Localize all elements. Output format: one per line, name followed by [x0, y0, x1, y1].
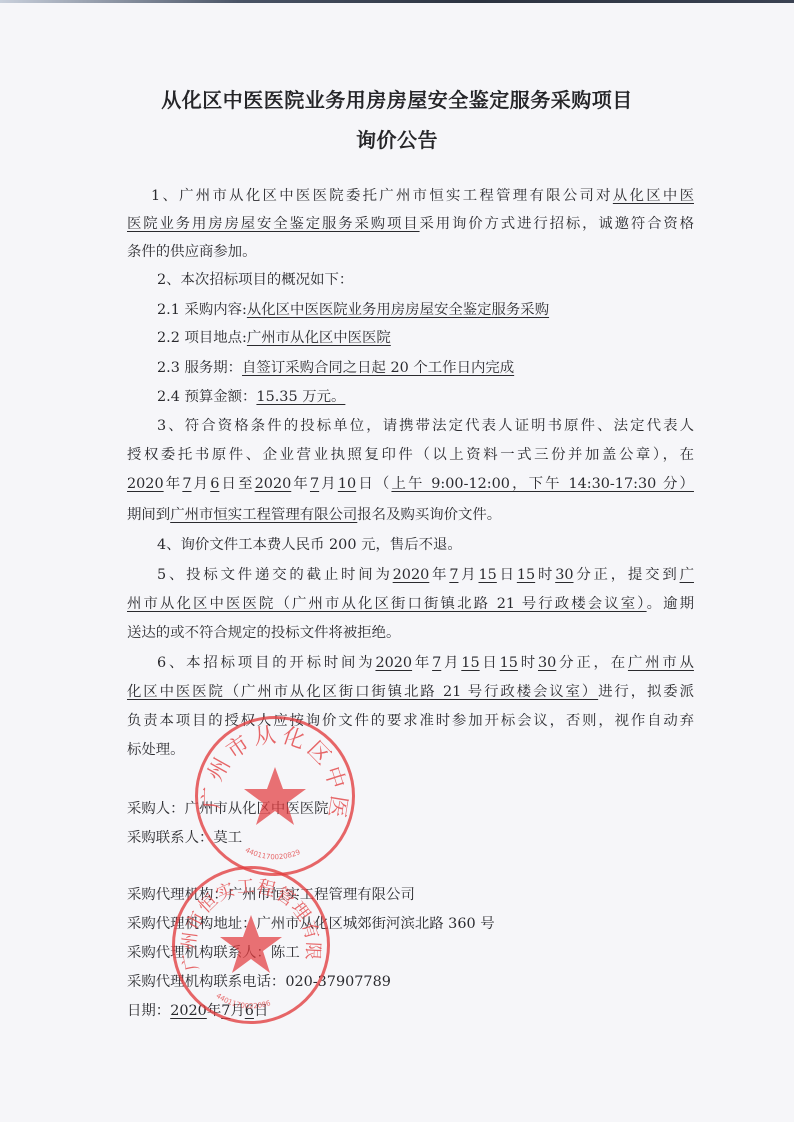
section-6-line-3: 负责本项目的授权人应按询价文件的要求准时参加开标会议，否则，视作自动弃 — [127, 711, 694, 731]
section-2-item-2: 2.2 项目地点:广州市从化区中医医院 — [157, 328, 391, 348]
section-6-line-2: 化区中医医院（广州市从化区街口街镇北路 21 号行政楼会议室）进行，拟委派 — [127, 682, 694, 702]
section-3-line-2: 授权委托书原件、企业营业执照复印件（以上资料一式三份并加盖公章），在 — [127, 445, 694, 465]
section-2-intro: 2、本次招标项目的概况如下： — [157, 270, 353, 290]
agency-address: 广州市从化区城郊街河滨北路 360 号 — [257, 916, 495, 932]
document-subtitle: 询价公告 — [0, 124, 794, 153]
section-5-line-3: 送达的或不符合规定的投标文件将被拒绝。 — [127, 623, 400, 643]
section-3-line-4: 期间到广州市恒实工程管理有限公司报名及购买询价文件。 — [127, 505, 501, 525]
agency-contact-line: 采购代理机构联系人：陈工 — [127, 943, 300, 963]
project-name-link: 从化区中医 — [613, 188, 694, 204]
agency-address-line: 采购代理机构地址：广州市从化区城郊街河滨北路 360 号 — [127, 914, 495, 934]
document-page: 从化区中医医院业务用房房屋安全鉴定服务采购项目 询价公告 1、广州市从化区中医医… — [0, 0, 794, 1122]
section-1-line-3: 条件的供应商参加。 — [127, 242, 257, 262]
purchaser-contact-line: 采购联系人：莫工 — [127, 828, 242, 848]
section-2-item-3: 2.3 服务期：自签订采购合同之日起 20 个工作日内完成 — [157, 358, 514, 378]
agency-line: 采购代理机构：广州市恒实工程管理有限公司 — [127, 885, 415, 905]
document-title: 从化区中医医院业务用房房屋安全鉴定服务采购项目 — [0, 84, 794, 113]
project-name-continued: 医院业务用房房屋安全鉴定服务采购项目 — [127, 216, 420, 232]
purchaser-seal: 广州市从化区中医医院 4401170020829 — [195, 716, 355, 876]
agency-phone: 020-37907789 — [285, 974, 391, 990]
date-line: 日期：2020年7月6日 — [127, 1001, 268, 1021]
section-6-line-4: 标处理。 — [127, 740, 185, 760]
section-4: 4、询价文件工本费人民币 200 元，售后不退。 — [157, 535, 462, 555]
svg-text:4401170020829: 4401170020829 — [244, 846, 302, 861]
section-2-item-4: 2.4 预算金额：15.35 万元。 — [157, 387, 345, 407]
section-6-line-1: 6、本招标项目的开标时间为2020年7月15日15时30分正，在广州市从 — [157, 653, 694, 673]
section-5-line-1: 5、投标文件递交的截止时间为2020年7月15日15时30分正，提交到广 — [157, 565, 694, 585]
section-1-line-2: 医院业务用房房屋安全鉴定服务采购项目采用询价方式进行招标，诚邀符合资格 — [127, 214, 694, 234]
agency-phone-line: 采购代理机构联系电话：020-37907789 — [127, 972, 391, 992]
agency-name: 广州市恒实工程管理有限公司 — [228, 887, 415, 903]
agency-contact: 陈工 — [271, 945, 300, 961]
section-2-item-1: 2.1 采购内容:从化区中医医院业务用房房屋安全鉴定服务采购 — [157, 300, 549, 320]
section-3-line-3: 2020年7月6日至2020年7月10日（上午 9:00-12:00，下午 14… — [127, 474, 694, 494]
section-3-line-1: 3、符合资格条件的投标单位，请携带法定代表人证明书原件、法定代表人 — [157, 416, 694, 436]
purchaser-contact: 莫工 — [213, 830, 242, 846]
section-1-line-1: 1、广州市从化区中医医院委托广州市恒实工程管理有限公司对从化区中医 — [151, 186, 694, 206]
section-5-line-2: 州市从化区中医医院（广州市从化区街口街镇北路 21 号行政楼会议室）。逾期 — [127, 594, 694, 614]
seal-star-icon: 广州市从化区中医医院 4401170020829 — [198, 719, 352, 873]
purchaser-line: 采购人：广州市从化区中医医院 — [127, 799, 329, 819]
purchaser-name: 广州市从化区中医医院 — [185, 801, 329, 817]
